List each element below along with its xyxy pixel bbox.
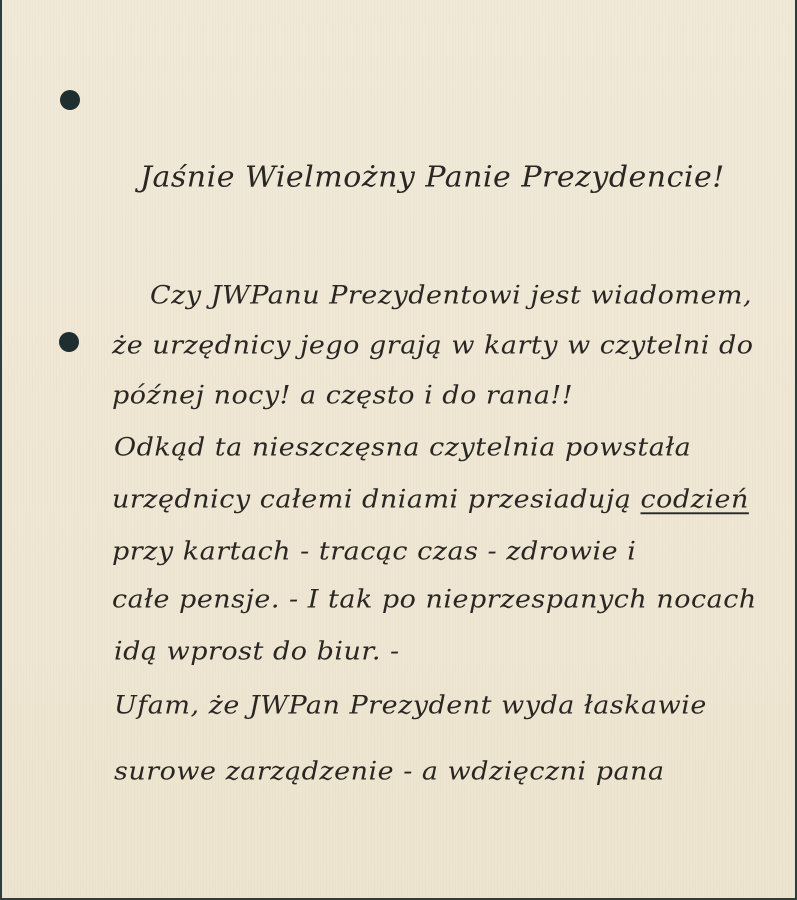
letter-line-10: surowe zarządzenie - a wdzięczni pana xyxy=(114,757,665,786)
letter-line-6: przy kartach - tracąc czas - zdrowie i xyxy=(112,537,636,566)
letter-line-2: że urzędnicy jego grają w karty w czytel… xyxy=(112,331,754,360)
letter-page: Jaśnie Wielmożny Panie Prezydencie! Czy … xyxy=(2,0,795,898)
letter-line-7: całe pensje. - I tak po nieprzespanych n… xyxy=(112,585,757,614)
underlined-word: codzień xyxy=(640,485,748,514)
letter-line-3: późnej nocy! a często i do rana!! xyxy=(112,381,573,410)
letter-line-8: idą wprost do biur. - xyxy=(114,637,400,666)
letter-line-5-text: urzędnicy całemi dniami przesiadują xyxy=(112,485,631,514)
letter-line-5: urzędnicy całemi dniami przesiadują codz… xyxy=(112,485,749,514)
punch-hole-middle xyxy=(59,332,79,352)
letter-line-4: Odkąd ta nieszczęsna czytelnia powstała xyxy=(114,433,691,462)
letter-line-1: Czy JWPanu Prezydentowi jest wiadomem, xyxy=(150,281,752,310)
letter-line-9: Ufam, że JWPan Prezydent wyda łaskawie xyxy=(114,691,707,720)
salutation: Jaśnie Wielmożny Panie Prezydencie! xyxy=(140,161,725,194)
punch-hole-top xyxy=(60,90,80,110)
